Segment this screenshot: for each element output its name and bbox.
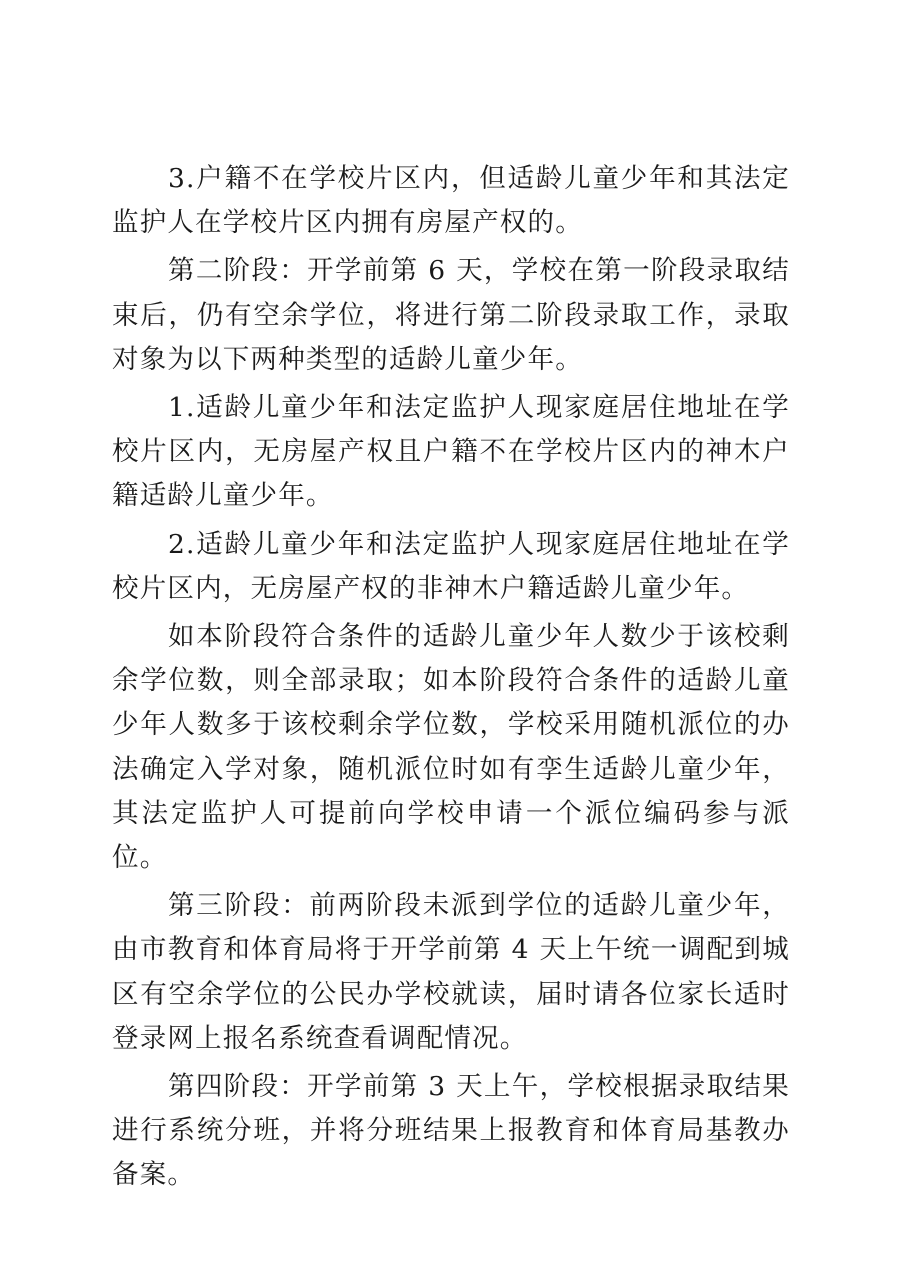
paragraph-stage-two-item-2: 2.适龄儿童少年和法定监护人现家庭居住地址在学校片区内，无房屋产权的非神木户籍适… [112,523,790,611]
document-page: 3.户籍不在学校片区内，但适龄儿童少年和其法定监护人在学校片区内拥有房屋产权的。… [112,157,790,1202]
paragraph-stage-four: 第四阶段：开学前第 3 天上午，学校根据录取结果进行系统分班，并将分班结果上报教… [112,1065,790,1198]
paragraph-stage-two: 第二阶段：开学前第 6 天，学校在第一阶段录取结束后，仍有空余学位，将进行第二阶… [112,249,790,382]
paragraph-random-allocation: 如本阶段符合条件的适龄儿童少年人数少于该校剩余学位数，则全部录取；如本阶段符合条… [112,615,790,880]
paragraph-item-3-property: 3.户籍不在学校片区内，但适龄儿童少年和其法定监护人在学校片区内拥有房屋产权的。 [112,157,790,245]
paragraph-stage-two-item-1: 1.适龄儿童少年和法定监护人现家庭居住地址在学校片区内，无房屋产权且户籍不在学校… [112,386,790,519]
paragraph-stage-three: 第三阶段：前两阶段未派到学位的适龄儿童少年，由市教育和体育局将于开学前第 4 天… [112,884,790,1061]
